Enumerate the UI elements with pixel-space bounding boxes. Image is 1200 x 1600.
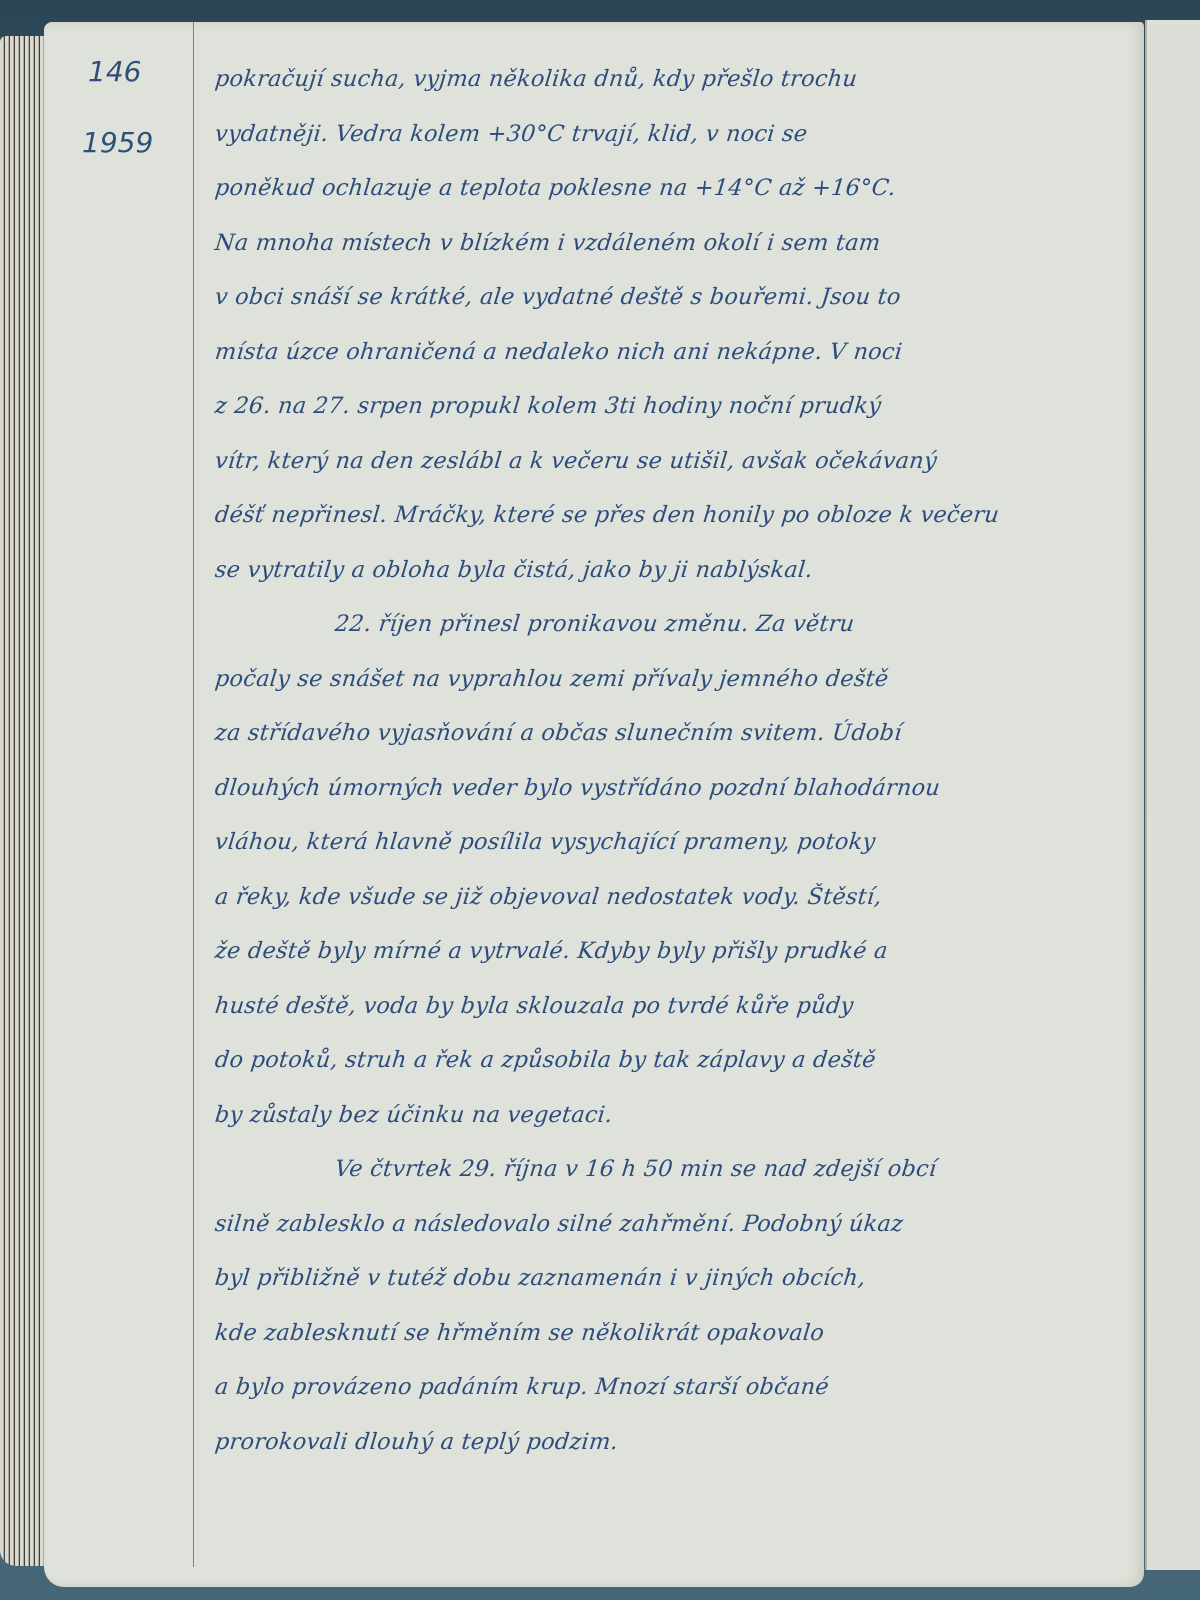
- text-line: prorokovali dlouhý a teplý podzim.: [212, 1415, 1098, 1470]
- handwritten-text-body: pokračují sucha, vyjma několika dnů, kdy…: [215, 52, 1095, 1469]
- text-line: za střídavého vyjasňování a občas sluneč…: [212, 706, 1098, 761]
- text-line: silně zablesklo a následovalo silné zahř…: [212, 1197, 1098, 1252]
- text-line: vydatněji. Vedra kolem +30°C trvají, kli…: [212, 107, 1098, 162]
- paragraph-start-line: Ve čtvrtek 29. října v 16 h 50 min se na…: [212, 1142, 1098, 1197]
- text-line: husté deště, voda by byla sklouzala po t…: [212, 979, 1098, 1034]
- text-line: místa úzce ohraničená a nedaleko nich an…: [212, 325, 1098, 380]
- text-line: že deště byly mírné a vytrvalé. Kdyby by…: [212, 924, 1098, 979]
- text-line: a řeky, kde všude se již objevoval nedos…: [212, 870, 1098, 925]
- text-line: déšť nepřinesl. Mráčky, které se přes de…: [212, 488, 1098, 543]
- page-number: 146: [88, 55, 180, 88]
- text-line: počaly se snášet na vyprahlou zemi příva…: [212, 652, 1098, 707]
- text-line: z 26. na 27. srpen propukl kolem 3ti hod…: [212, 379, 1098, 434]
- text-line: se vytratily a obloha byla čistá, jako b…: [212, 543, 1098, 598]
- text-line: vítr, který na den zeslábl a k večeru se…: [212, 434, 1098, 489]
- page-margin: 146 1959: [60, 55, 180, 159]
- text-line: dlouhých úmorných veder bylo vystřídáno …: [212, 761, 1098, 816]
- paragraph-start-line: 22. říjen přinesl pronikavou změnu. Za v…: [212, 597, 1098, 652]
- text-line: v obci snáší se krátké, ale vydatné dešt…: [212, 270, 1098, 325]
- text-line: poněkud ochlazuje a teplota poklesne na …: [212, 161, 1098, 216]
- text-line: byl přibližně v tutéž dobu zaznamenán i …: [212, 1251, 1098, 1306]
- text-line: kde zablesknutí se hřměním se několikrát…: [212, 1306, 1098, 1361]
- text-line: Na mnoha místech v blízkém i vzdáleném o…: [212, 216, 1098, 271]
- text-line: do potoků, struh a řek a způsobila by ta…: [212, 1033, 1098, 1088]
- margin-rule-line: [193, 22, 194, 1567]
- text-line: by zůstaly bez účinku na vegetaci.: [212, 1088, 1098, 1143]
- text-line: a bylo provázeno padáním krup. Mnozí sta…: [212, 1360, 1098, 1415]
- text-line: pokračují sucha, vyjma několika dnů, kdy…: [212, 52, 1098, 107]
- facing-page-edge: [1145, 20, 1200, 1570]
- text-line: vláhou, která hlavně posílila vysychajíc…: [212, 815, 1098, 870]
- margin-year: 1959: [82, 126, 180, 159]
